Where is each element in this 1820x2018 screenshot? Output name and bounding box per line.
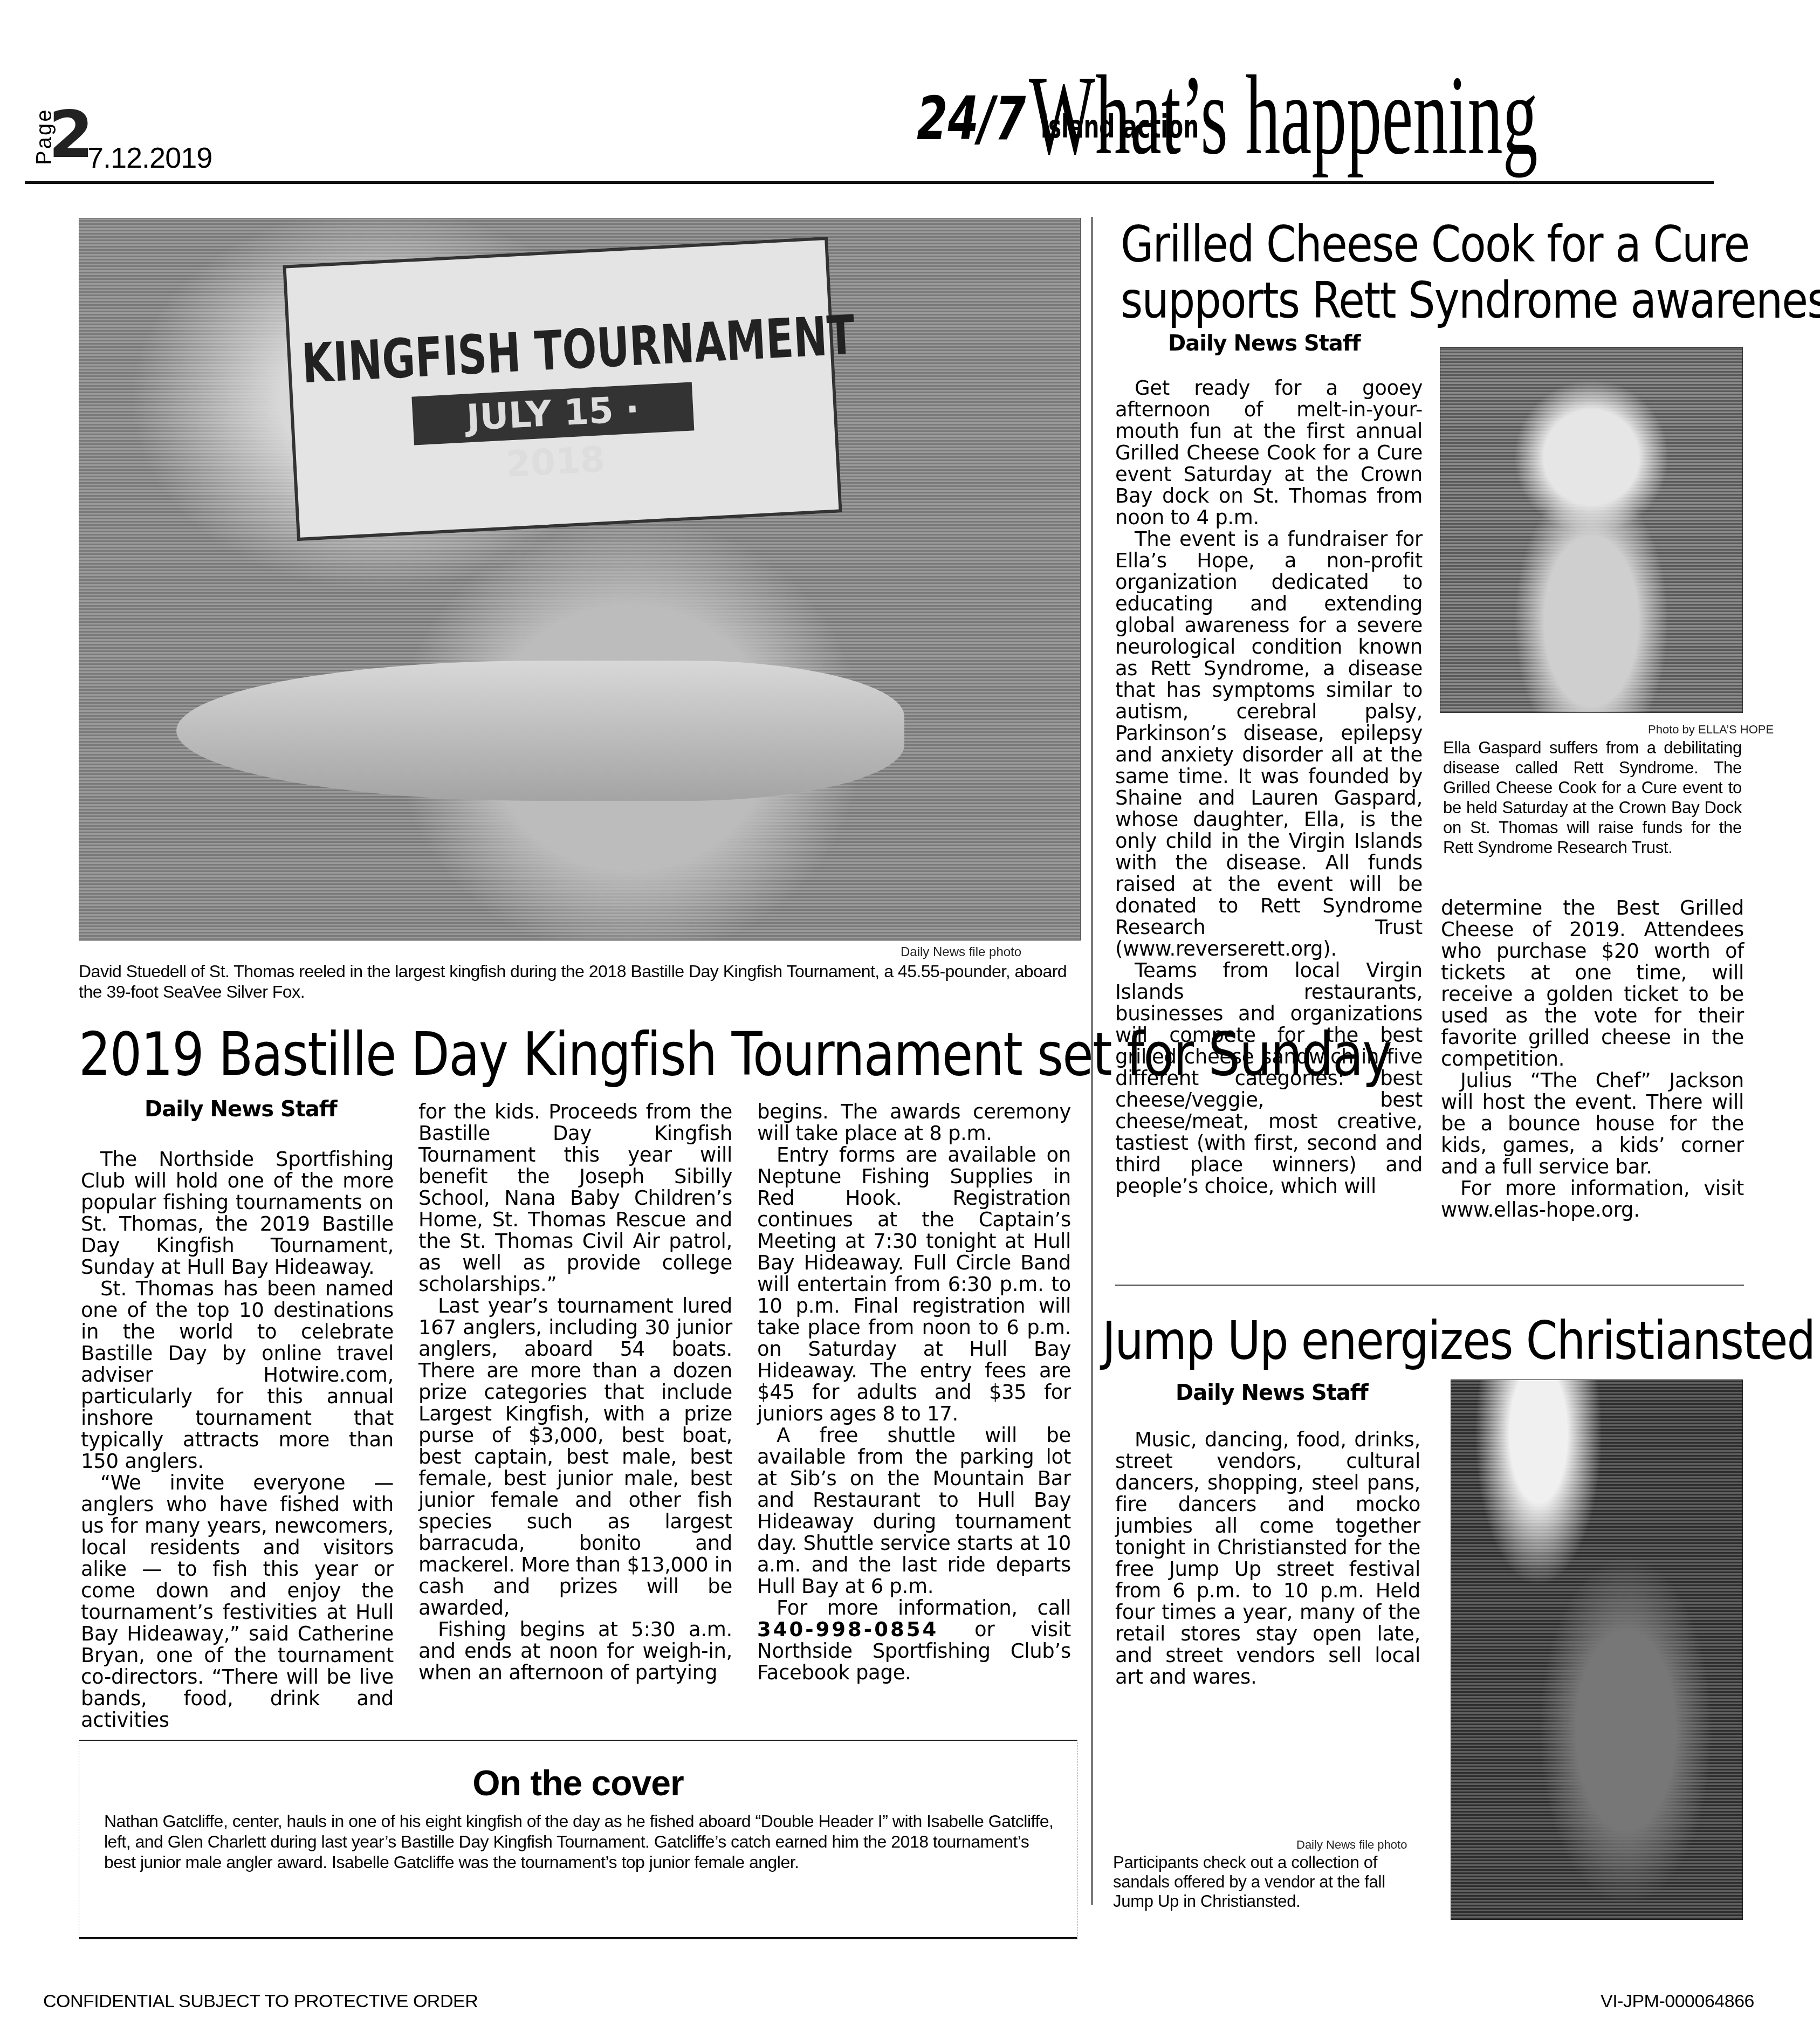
photo-caption: David Stuedell of St. Thomas reeled in t… <box>79 961 1080 1002</box>
tournament-banner: KINGFISH TOURNAMENT JULY 15 · 2018 <box>283 237 842 541</box>
photo-caption: Participants check out a collection of s… <box>1113 1853 1426 1911</box>
byline: Daily News Staff <box>145 1097 337 1122</box>
story-divider <box>1115 1285 1744 1286</box>
issue-date: 7.12.2019 <box>87 141 212 175</box>
paragraph: for the kids. Proceeds from the Bastille… <box>418 1101 732 1295</box>
paragraph: “We invite everyone — anglers who have f… <box>81 1472 394 1731</box>
paragraph: Last year’s tournament lured 167 anglers… <box>418 1295 732 1619</box>
jump-up-headline: Jump Up energizes Christiansted <box>1102 1312 1815 1371</box>
cover-title: On the cover <box>79 1762 1077 1803</box>
byline: Daily News Staff <box>1168 331 1361 356</box>
grilled-cheese-headline: Grilled Cheese Cook for a Cure supports … <box>1121 217 1820 329</box>
kingfish-photo: KINGFISH TOURNAMENT JULY 15 · 2018 <box>79 218 1081 941</box>
paragraph: Teams from local Virgin Islands restaura… <box>1115 960 1423 1197</box>
photo-credit: Photo by ELLA’S HOPE <box>1648 723 1774 737</box>
paragraph: The Northside Sportfishing Club will hol… <box>81 1149 394 1278</box>
paragraph: For more information, visit www.ellas-ho… <box>1441 1178 1744 1221</box>
paragraph: determine the Best Grilled Cheese of 201… <box>1441 897 1744 1070</box>
paragraph: A free shuttle will be available from th… <box>757 1425 1071 1597</box>
brand-247: 24/7 <box>917 86 1026 151</box>
column-divider <box>1091 217 1093 1905</box>
paragraph: begins. The awards ceremony will take pl… <box>757 1101 1071 1144</box>
banner-text: KINGFISH TOURNAMENT <box>300 304 856 396</box>
grilled-cheese-column-2: determine the Best Grilled Cheese of 201… <box>1441 897 1744 1221</box>
cover-text: Nathan Gatcliffe, center, hauls in one o… <box>104 1811 1055 1872</box>
kingfish-column-1: The Northside Sportfishing Club will hol… <box>81 1149 394 1731</box>
kingfish-column-2: for the kids. Proceeds from the Bastille… <box>418 1101 732 1684</box>
masthead-rule <box>25 181 1714 184</box>
closing-paragraph: For more information, call 340-998-0854 … <box>757 1597 1071 1684</box>
phone-number: 340-998-0854 <box>757 1618 938 1641</box>
photo-credit: Daily News file photo <box>901 945 1021 960</box>
paragraph: Fishing begins at 5:30 a.m. and ends at … <box>418 1619 732 1684</box>
jump-up-body: Music, dancing, food, drinks, street ven… <box>1115 1429 1420 1688</box>
confidential-notice: CONFIDENTIAL SUBJECT TO PROTECTIVE ORDER <box>43 1991 478 2012</box>
bates-number: VI-JPM-000064866 <box>1601 1991 1754 2012</box>
paragraph: Entry forms are available on Neptune Fis… <box>757 1144 1071 1425</box>
byline: Daily News Staff <box>1176 1381 1368 1405</box>
on-the-cover-box: On the cover Nathan Gatcliffe, center, h… <box>79 1740 1077 1939</box>
photo-caption: Ella Gaspard suffers from a debilitating… <box>1443 738 1742 857</box>
kingfish-shape <box>176 661 904 801</box>
paragraph: Music, dancing, food, drinks, street ven… <box>1115 1429 1420 1688</box>
banner-date: JULY 15 · 2018 <box>411 382 694 445</box>
jump-up-photo <box>1451 1379 1743 1920</box>
paragraph: The event is a fundraiser for Ella’s Hop… <box>1115 528 1423 960</box>
grilled-cheese-column-1: Get ready for a gooey afternoon of melt-… <box>1115 377 1423 1197</box>
photo-credit: Daily News file photo <box>1296 1838 1407 1852</box>
paragraph: Julius “The Chef” Jackson will host the … <box>1441 1070 1744 1178</box>
paragraph: Get ready for a gooey afternoon of melt-… <box>1115 377 1423 528</box>
paragraph: St. Thomas has been named one of the top… <box>81 1278 394 1472</box>
ella-photo <box>1440 347 1743 713</box>
section-title: What’s happening <box>1029 56 1538 175</box>
kingfish-column-3: begins. The awards ceremony will take pl… <box>757 1101 1071 1684</box>
page-number: 2 <box>49 106 94 165</box>
